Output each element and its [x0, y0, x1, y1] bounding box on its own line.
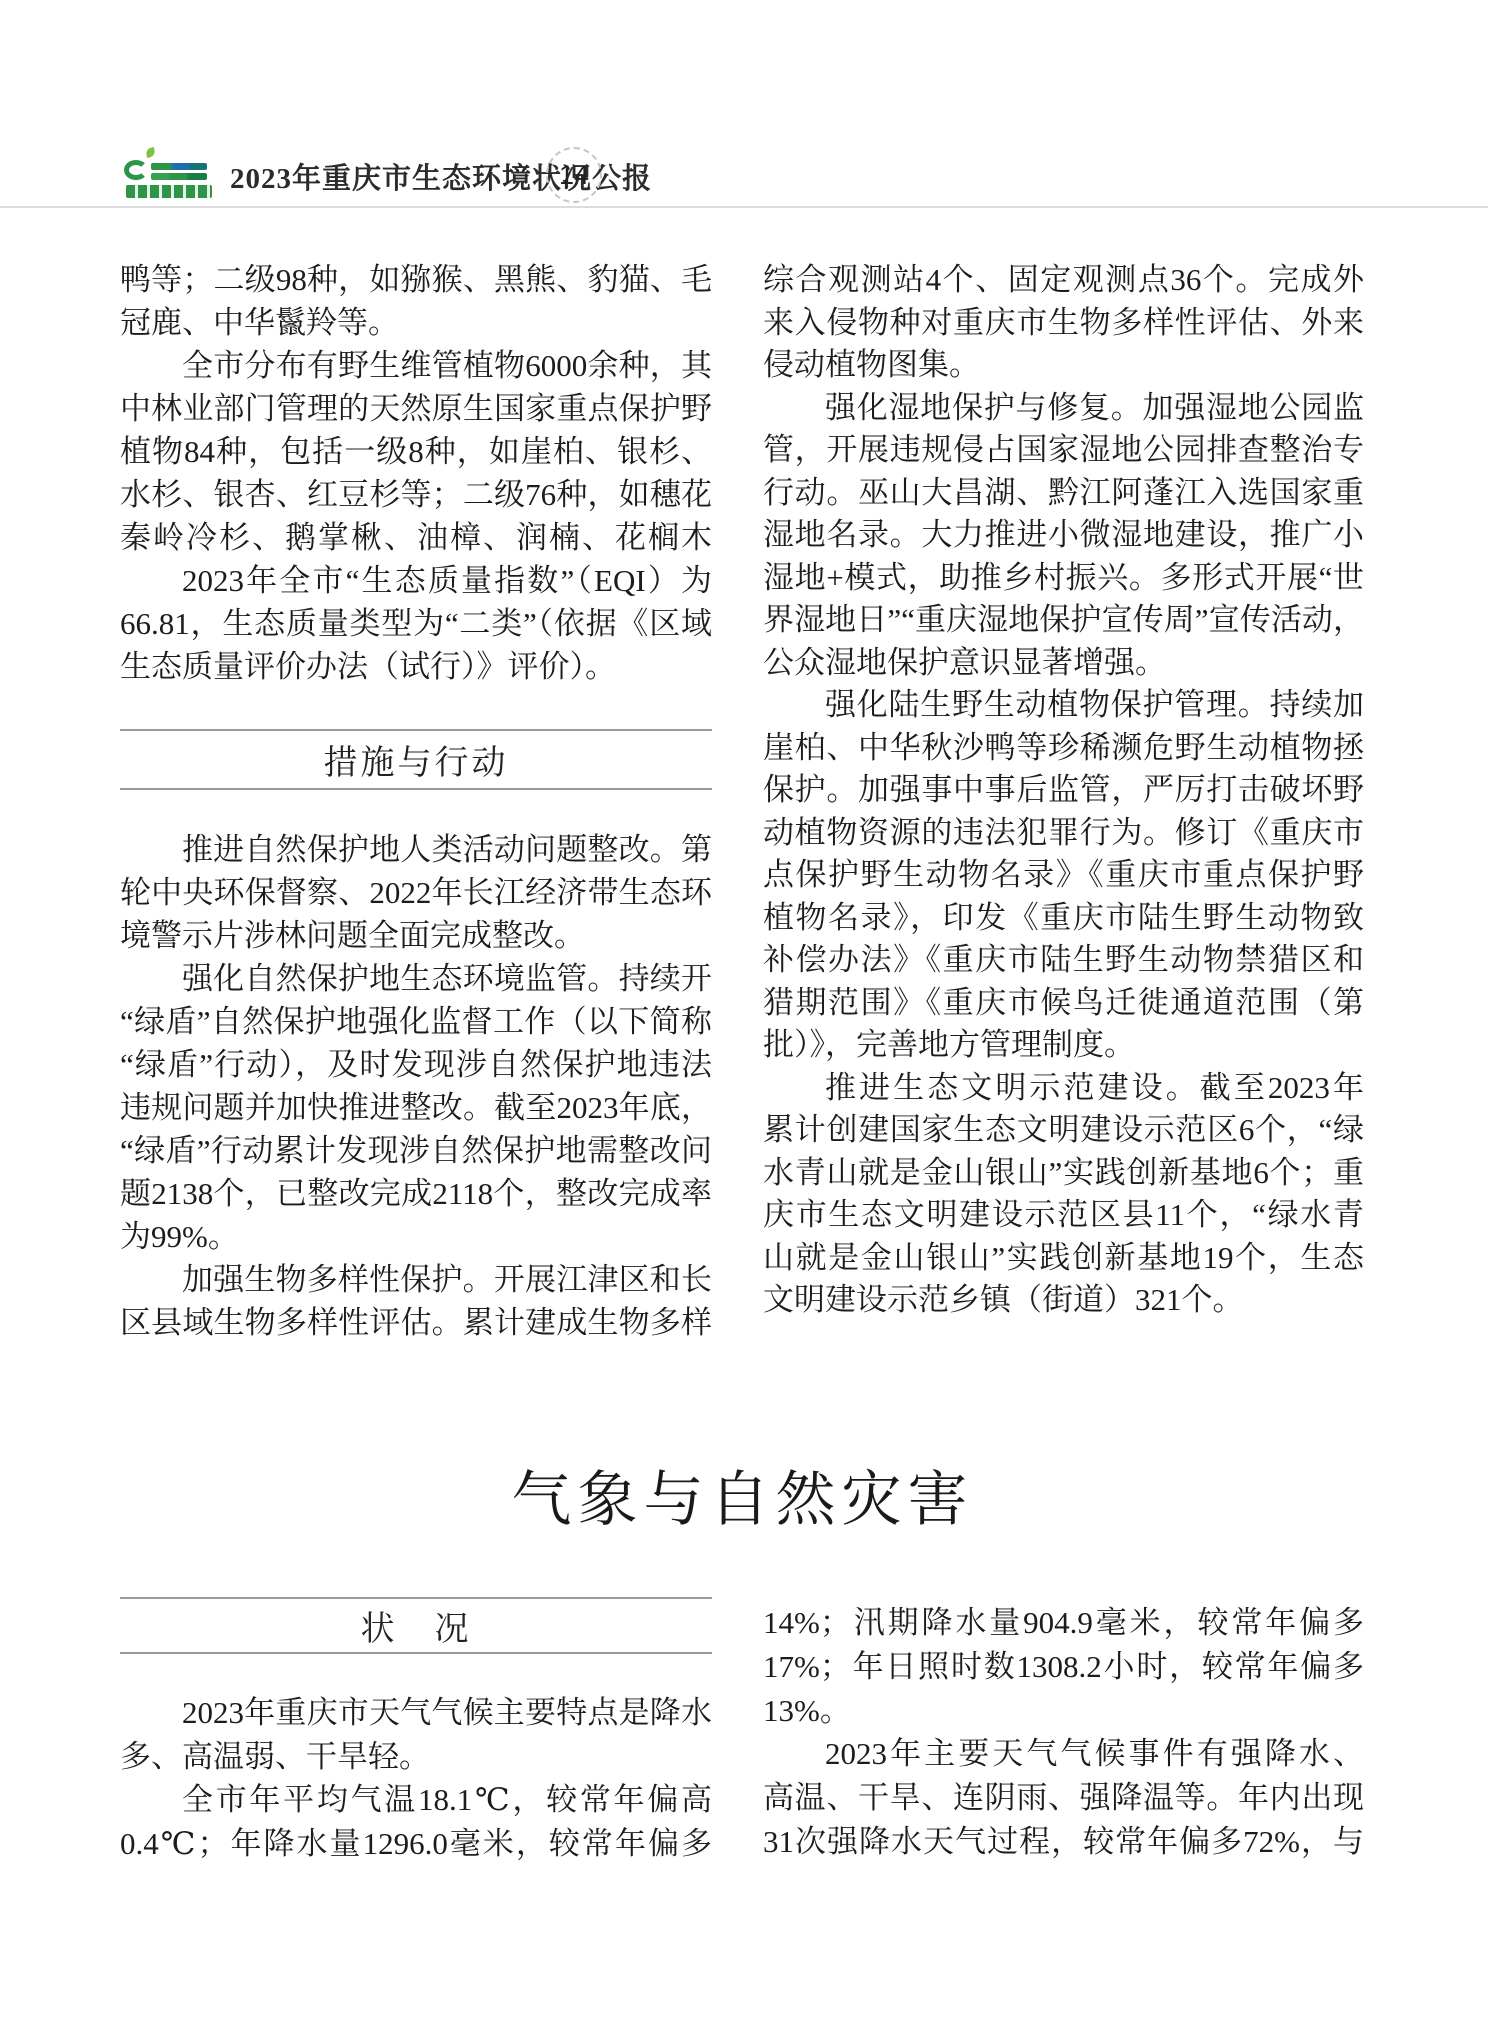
text-line: “绿盾”自然保护地强化监督工作（以下简称	[120, 1000, 712, 1043]
text-line: 高温、干旱、连阴雨、强降温等。年内出现	[763, 1776, 1364, 1820]
logo-caption-strip	[126, 185, 212, 198]
text-line: 文明建设示范乡镇（街道）321个。	[763, 1279, 1364, 1322]
text-line: 14%；汛期降水量904.9毫米，较常年偏多	[763, 1601, 1364, 1645]
text-line: 推进生态文明示范建设。截至2023年底，	[763, 1067, 1364, 1110]
chapter-title: 气象与自然灾害	[120, 1452, 1365, 1538]
text-line: 补偿办法》《重庆市陆生野生动物禁猎区和禁	[763, 939, 1364, 982]
text-line: 多、高温弱、干旱轻。	[120, 1735, 712, 1779]
text-line: 庆市生态文明建设示范区县11个，“绿水青	[763, 1194, 1364, 1237]
text-line: “绿盾”行动），及时发现涉自然保护地违法	[120, 1043, 712, 1086]
logo-bars-icon	[151, 163, 207, 180]
text-line: 2023年重庆市天气气候主要特点是降水	[120, 1691, 712, 1735]
text-line: 鸭等；二级98种，如猕猴、黑熊、豹猫、毛	[120, 258, 712, 301]
right-column-top: 综合观测站4个、固定观测点36个。完成外 来入侵物种对重庆市生物多样性评估、外来…	[763, 259, 1364, 1322]
section-title: 状 况	[361, 1601, 472, 1650]
text-line: 题2138个，已整改完成2118个，整改完成率	[120, 1172, 712, 1215]
text-line: 山就是金山银山”实践创新基地19个，生态	[763, 1237, 1364, 1280]
text-line: 界湿地日”“重庆湿地保护宣传周”宣传活动，	[763, 599, 1364, 642]
header-divider	[0, 206, 1488, 208]
text-line: 17%；年日照时数1308.2小时，较常年偏多	[763, 1645, 1364, 1689]
text-line: 批）》，完善地方管理制度。	[763, 1024, 1364, 1067]
text-line: 境警示片涉林问题全面完成整改。	[120, 914, 712, 957]
bottom-right-column: 14%；汛期降水量904.9毫米，较常年偏多 17%；年日照时数1308.2小时…	[763, 1601, 1364, 1864]
text-line: 猎期范围》《重庆市候鸟迁徙通道范围（第一	[763, 982, 1364, 1025]
text-line: 推进自然保护地人类活动问题整改。第二	[120, 828, 712, 871]
text-line: 湿地+模式，助推乡村振兴。多形式开展“世	[763, 557, 1364, 600]
document-page: { "header": { "brand_title": "2023年重庆市生态…	[0, 0, 1488, 2019]
text-line: 累计创建国家生态文明建设示范区6个，“绿	[763, 1109, 1364, 1152]
text-line: 来入侵物种对重庆市生物多样性评估、外来入	[763, 302, 1364, 345]
text-line: 强化自然保护地生态环境监管。持续开展	[120, 957, 712, 1000]
section-header-status: 状 况	[120, 1597, 712, 1654]
logo-swoosh-icon	[124, 160, 148, 180]
text-line: 31次强降水天气过程，较常年偏多72%，与	[763, 1820, 1364, 1864]
text-line: 强化湿地保护与修复。加强湿地公园监	[763, 387, 1364, 430]
section-header-measures: 措施与行动	[120, 729, 712, 790]
text-line: 加强生物多样性保护。开展江津区和长寿	[120, 1258, 712, 1301]
text-line: 生态质量评价办法（试行）》评价）。	[120, 645, 712, 688]
text-line: 全市分布有野生维管植物6000余种，其	[120, 344, 712, 387]
text-line: 崖柏、中华秋沙鸭等珍稀濒危野生动植物拯救	[763, 727, 1364, 770]
text-line: 秦岭冷杉、鹅掌楸、油樟、润楠、花榈木等。	[120, 516, 712, 559]
text-line: 行动。巫山大昌湖、黔江阿蓬江入选国家重要	[763, 472, 1364, 515]
text-line: 为99%。	[120, 1215, 712, 1258]
text-line: 全市年平均气温18.1℃，较常年偏高	[120, 1778, 712, 1822]
page-number-badge: 14	[546, 147, 602, 203]
text-line: 强化陆生野生动植物保护管理。持续加强	[763, 684, 1364, 727]
text-line: 湿地名录。大力推进小微湿地建设，推广小微	[763, 514, 1364, 557]
text-line: 中林业部门管理的天然原生国家重点保护野生	[120, 387, 712, 430]
text-line: 公众湿地保护意识显著增强。	[763, 642, 1364, 685]
bottom-left-column: 2023年重庆市天气气候主要特点是降水 多、高温弱、干旱轻。 全市年平均气温18…	[120, 1691, 712, 1865]
text-line: 轮中央环保督察、2022年长江经济带生态环	[120, 871, 712, 914]
left-column-top: 鸭等；二级98种，如猕猴、黑熊、豹猫、毛 冠鹿、中华鬣羚等。 全市分布有野生维管…	[120, 258, 712, 688]
report-logo	[124, 152, 216, 202]
text-line: 2023年全市“生态质量指数”（EQI）为	[120, 559, 712, 602]
left-column-measures: 推进自然保护地人类活动问题整改。第二 轮中央环保督察、2022年长江经济带生态环…	[120, 828, 712, 1344]
text-line: “绿盾”行动累计发现涉自然保护地需整改问	[120, 1129, 712, 1172]
text-line: 2023年主要天气气候事件有强降水、	[763, 1732, 1364, 1776]
text-line: 植物84种，包括一级8种，如崖柏、银杉、	[120, 430, 712, 473]
text-line: 水青山就是金山银山”实践创新基地6个；重	[763, 1152, 1364, 1195]
text-line: 保护。加强事中事后监管，严厉打击破坏野生	[763, 769, 1364, 812]
text-line: 管，开展违规侵占国家湿地公园排查整治专项	[763, 429, 1364, 472]
text-line: 点保护野生动物名录》《重庆市重点保护野生	[763, 854, 1364, 897]
text-line: 水杉、银杏、红豆杉等；二级76种，如穗花杉、	[120, 473, 712, 516]
text-line: 违规问题并加快推进整改。截至2023年底，	[120, 1086, 712, 1129]
text-line: 66.81，生态质量类型为“二类”（依据《区域	[120, 602, 712, 645]
section-title: 措施与行动	[324, 735, 509, 784]
text-line: 综合观测站4个、固定观测点36个。完成外	[763, 259, 1364, 302]
text-line: 区县域生物多样性评估。累计建成生物多样性	[120, 1301, 712, 1344]
text-line: 动植物资源的违法犯罪行为。修订《重庆市重	[763, 812, 1364, 855]
text-line: 植物名录》，印发《重庆市陆生野生动物致害	[763, 897, 1364, 940]
text-line: 0.4℃；年降水量1296.0毫米，较常年偏多	[120, 1822, 712, 1866]
text-line: 冠鹿、中华鬣羚等。	[120, 301, 712, 344]
text-line: 侵动植物图集。	[763, 344, 1364, 387]
text-line: 13%。	[763, 1689, 1364, 1733]
logo-mark	[124, 156, 216, 180]
